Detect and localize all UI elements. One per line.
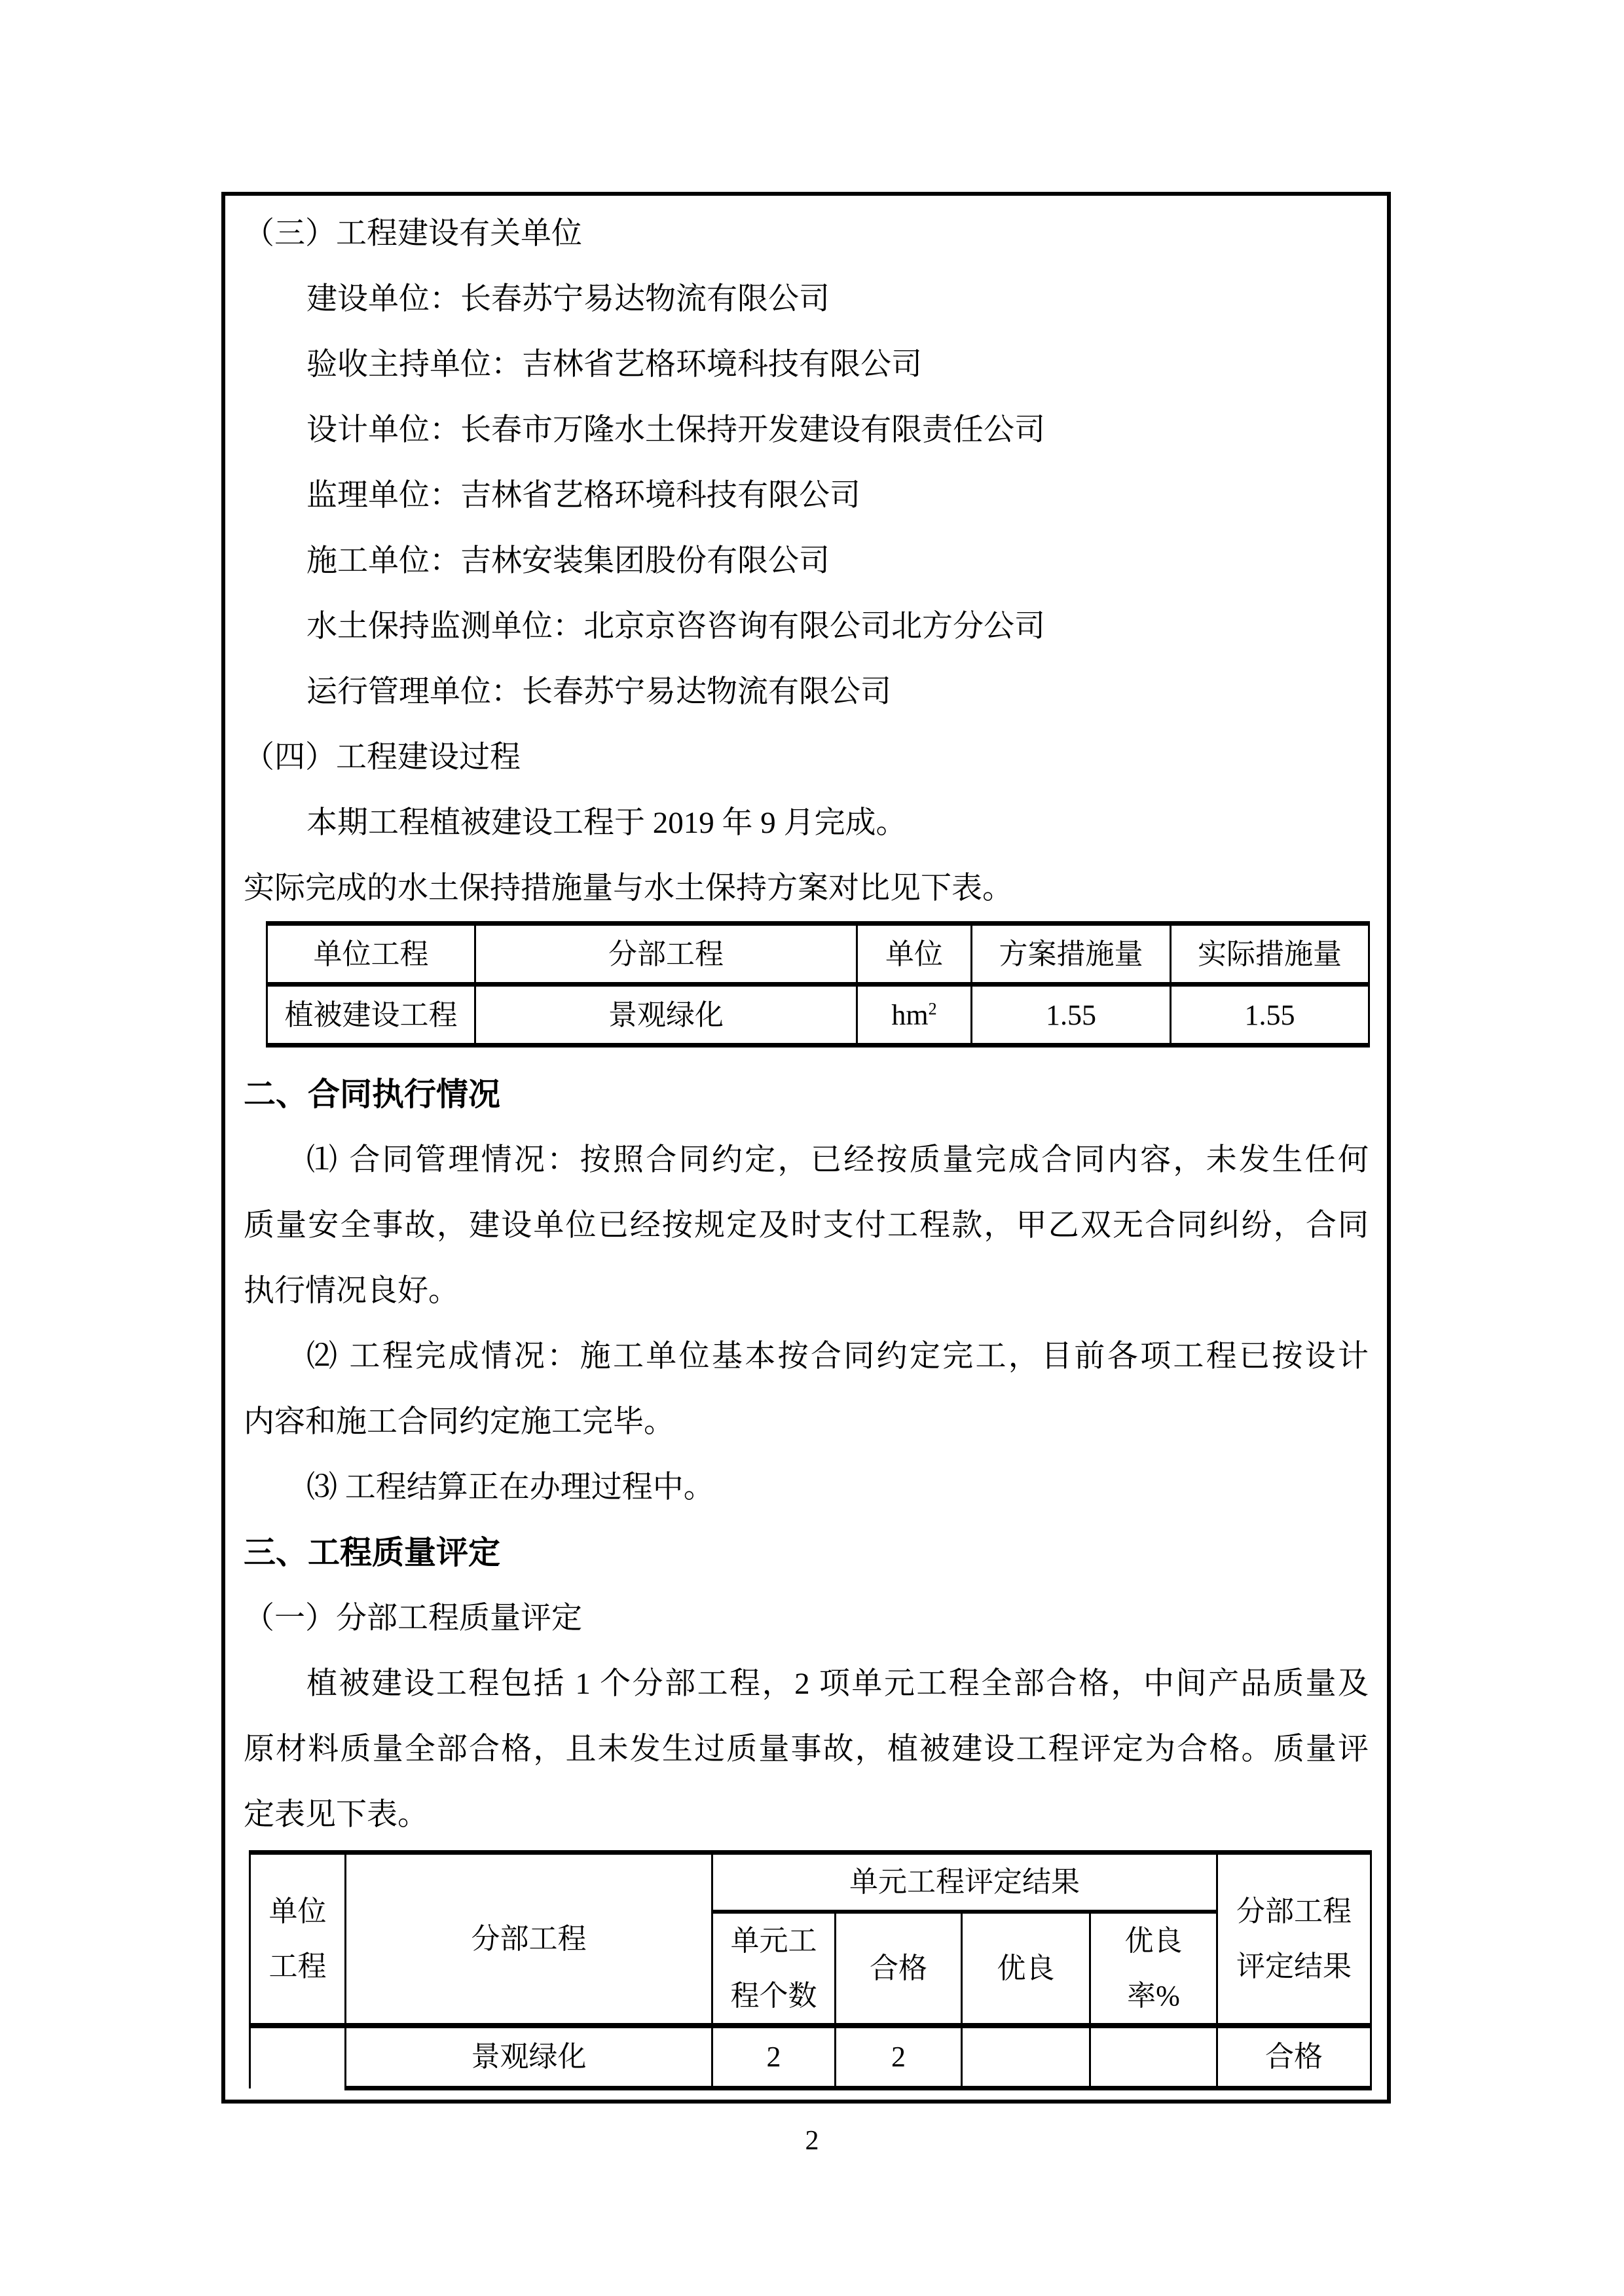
paragraph-line: 执行情况良好。 [244, 1258, 1369, 1324]
table-cell: 景观绿化 [475, 985, 857, 1046]
table-header-cell: 实际措施量 [1171, 924, 1369, 985]
paragraph-line: ⑵ 工程完成情况：施工单位基本按合同约定完工，目前各项工程已按设计 [244, 1324, 1369, 1389]
section-heading-contract: 二、合同执行情况 [244, 1062, 1369, 1127]
table-cell: 1.55 [972, 985, 1171, 1046]
paragraph-line: ⑴ 合同管理情况：按照合同约定，已经按质量完成合同内容，未发生任何 [244, 1127, 1369, 1193]
table-cell [1090, 2026, 1217, 2088]
unit-line: 水土保持监测单位：北京京咨咨询有限公司北方分公司 [244, 594, 1369, 659]
page-number: 2 [0, 2121, 1624, 2160]
section-heading-quality: 三、工程质量评定 [244, 1520, 1369, 1586]
table-header-cell: 方案措施量 [972, 924, 1171, 985]
unit-line: 监理单位：吉林省艺格环境科技有限公司 [244, 463, 1369, 528]
table-cell: 景观绿化 [346, 2026, 712, 2088]
unit-line: 建设单位：长春苏宁易达物流有限公司 [244, 266, 1369, 332]
table-header-cell: 单元工程评定结果 [712, 1853, 1217, 1912]
table-header-row: 单位工程 分部工程 单位 方案措施量 实际措施量 [267, 924, 1369, 985]
section-heading-3: （三）工程建设有关单位 [244, 201, 1369, 266]
table-cell: 植被建设工程 [267, 985, 475, 1046]
table-cell: 1.55 [1171, 985, 1369, 1046]
table-header-cell: 分部工程 评定结果 [1217, 1853, 1371, 2026]
unit-text: hm [891, 999, 928, 1031]
measures-comparison-table: 单位工程 分部工程 单位 方案措施量 实际措施量 植被建设工程 景观绿化 hm2… [266, 921, 1370, 1048]
table-header-cell: 合格 [836, 1912, 962, 2026]
section-heading-4: （四）工程建设过程 [244, 725, 1369, 790]
unit-line: 运行管理单位：长春苏宁易达物流有限公司 [244, 659, 1369, 725]
table-cell [962, 2026, 1090, 2088]
table-row: 植被建设工程 景观绿化 hm2 1.55 1.55 [267, 985, 1369, 1046]
paragraph-line: ⑶ 工程结算正在办理过程中。 [244, 1455, 1369, 1520]
paragraph-line: 内容和施工合同约定施工完毕。 [244, 1389, 1369, 1455]
paragraph-line: 定表见下表。 [244, 1782, 1369, 1848]
unit-line: 施工单位：吉林安装集团股份有限公司 [244, 528, 1369, 594]
table-header-cell: 优良 [962, 1912, 1090, 2026]
table-cell: 合格 [1217, 2026, 1371, 2088]
quality-evaluation-table: 单位 工程 分部工程 单元工程评定结果 分部工程 评定结果 单元工 程个数 合格… [249, 1850, 1372, 2090]
table-cell: 2 [836, 2026, 962, 2088]
subsection-heading-quality: （一）分部工程质量评定 [244, 1586, 1369, 1651]
table-header-cell: 分部工程 [475, 924, 857, 985]
table-header-cell: 单位 [857, 924, 972, 985]
page-border-frame: （三）工程建设有关单位 建设单位：长春苏宁易达物流有限公司 验收主持单位：吉林省… [221, 192, 1391, 2104]
table-cell [250, 2026, 346, 2088]
document-page: （三）工程建设有关单位 建设单位：长春苏宁易达物流有限公司 验收主持单位：吉林省… [0, 0, 1624, 2296]
unit-line: 设计单位：长春市万隆水土保持开发建设有限责任公司 [244, 397, 1369, 463]
table-header-cell: 分部工程 [346, 1853, 712, 2026]
table-header-cell: 单元工 程个数 [712, 1912, 836, 2026]
table-header-row: 单位 工程 分部工程 单元工程评定结果 分部工程 评定结果 [250, 1853, 1371, 1912]
unit-line: 验收主持单位：吉林省艺格环境科技有限公司 [244, 332, 1369, 397]
table-header-cell: 单位 工程 [250, 1853, 346, 2026]
table-header-cell: 单位工程 [267, 924, 475, 985]
table-header-cell: 优良 率% [1090, 1912, 1217, 2026]
paragraph-line: 实际完成的水土保持措施量与水土保持方案对比见下表。 [244, 856, 1369, 921]
paragraph-line: 植被建设工程包括 1 个分部工程，2 项单元工程全部合格，中间产品质量及 [244, 1651, 1369, 1717]
superscript: 2 [929, 999, 937, 1018]
paragraph-line: 原材料质量全部合格，且未发生过质量事故，植被建设工程评定为合格。质量评 [244, 1717, 1369, 1782]
table-row: 景观绿化 2 2 合格 [250, 2026, 1371, 2088]
table-cell-unit: hm2 [857, 985, 972, 1046]
table-cell: 2 [712, 2026, 836, 2088]
paragraph-line: 质量安全事故，建设单位已经按规定及时支付工程款，甲乙双无合同纠纷，合同 [244, 1193, 1369, 1258]
paragraph-line: 本期工程植被建设工程于 2019 年 9 月完成。 [244, 790, 1369, 856]
